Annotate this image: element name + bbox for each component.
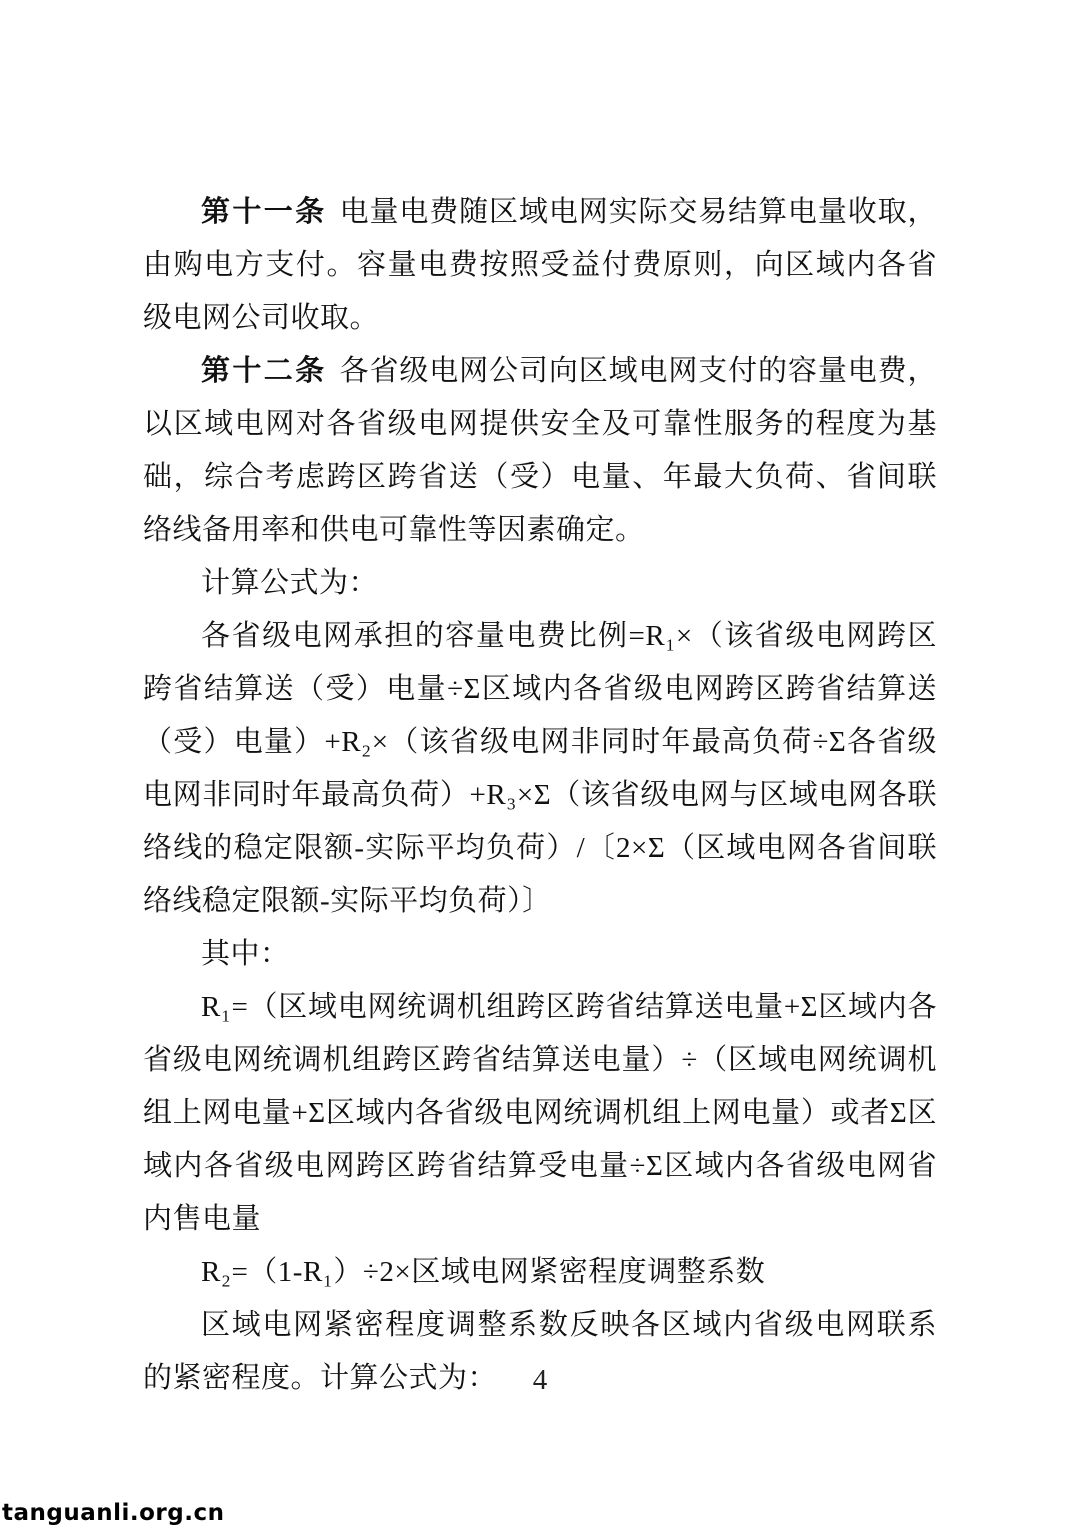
page-number: 4 <box>0 1364 1080 1397</box>
article-12-label: 第十二条 <box>201 355 327 387</box>
r1-definition-text: R₁=（区域电网统调机组跨区跨省结算送电量+Σ区域内各省级电网统调机组跨区跨省结… <box>143 991 937 1235</box>
document-body: 第十一条电量电费随区域电网实际交易结算电量收取，由购电方支付。容量电费按照受益付… <box>143 186 937 1405</box>
r2-definition-text: R₂=（1-R₁）÷2×区域电网紧密程度调整系数 <box>201 1256 765 1288</box>
paragraph-r2-definition: R₂=（1-R₁）÷2×区域电网紧密程度调整系数 <box>143 1246 937 1299</box>
formula-intro-text: 计算公式为： <box>201 567 378 599</box>
capacity-fee-formula-text: 各省级电网承担的容量电费比例=R₁×（该省级电网跨区跨省结算送（受）电量÷Σ区域… <box>143 620 937 917</box>
paragraph-article-11: 第十一条电量电费随区域电网实际交易结算电量收取，由购电方支付。容量电费按照受益付… <box>143 186 937 345</box>
paragraph-capacity-fee-formula: 各省级电网承担的容量电费比例=R₁×（该省级电网跨区跨省结算送（受）电量÷Σ区域… <box>143 610 937 928</box>
where-label-text: 其中： <box>201 938 290 970</box>
document-page: 第十一条电量电费随区域电网实际交易结算电量收取，由购电方支付。容量电费按照受益付… <box>0 0 1080 1527</box>
paragraph-where-label: 其中： <box>143 928 937 981</box>
watermark: tanguanli.org.cn <box>2 1500 224 1526</box>
paragraph-formula-intro: 计算公式为： <box>143 557 937 610</box>
paragraph-article-12: 第十二条各省级电网公司向区域电网支付的容量电费，以区域电网对各省级电网提供安全及… <box>143 345 937 557</box>
paragraph-r1-definition: R₁=（区域电网统调机组跨区跨省结算送电量+Σ区域内各省级电网统调机组跨区跨省结… <box>143 981 937 1246</box>
article-11-label: 第十一条 <box>201 196 327 228</box>
